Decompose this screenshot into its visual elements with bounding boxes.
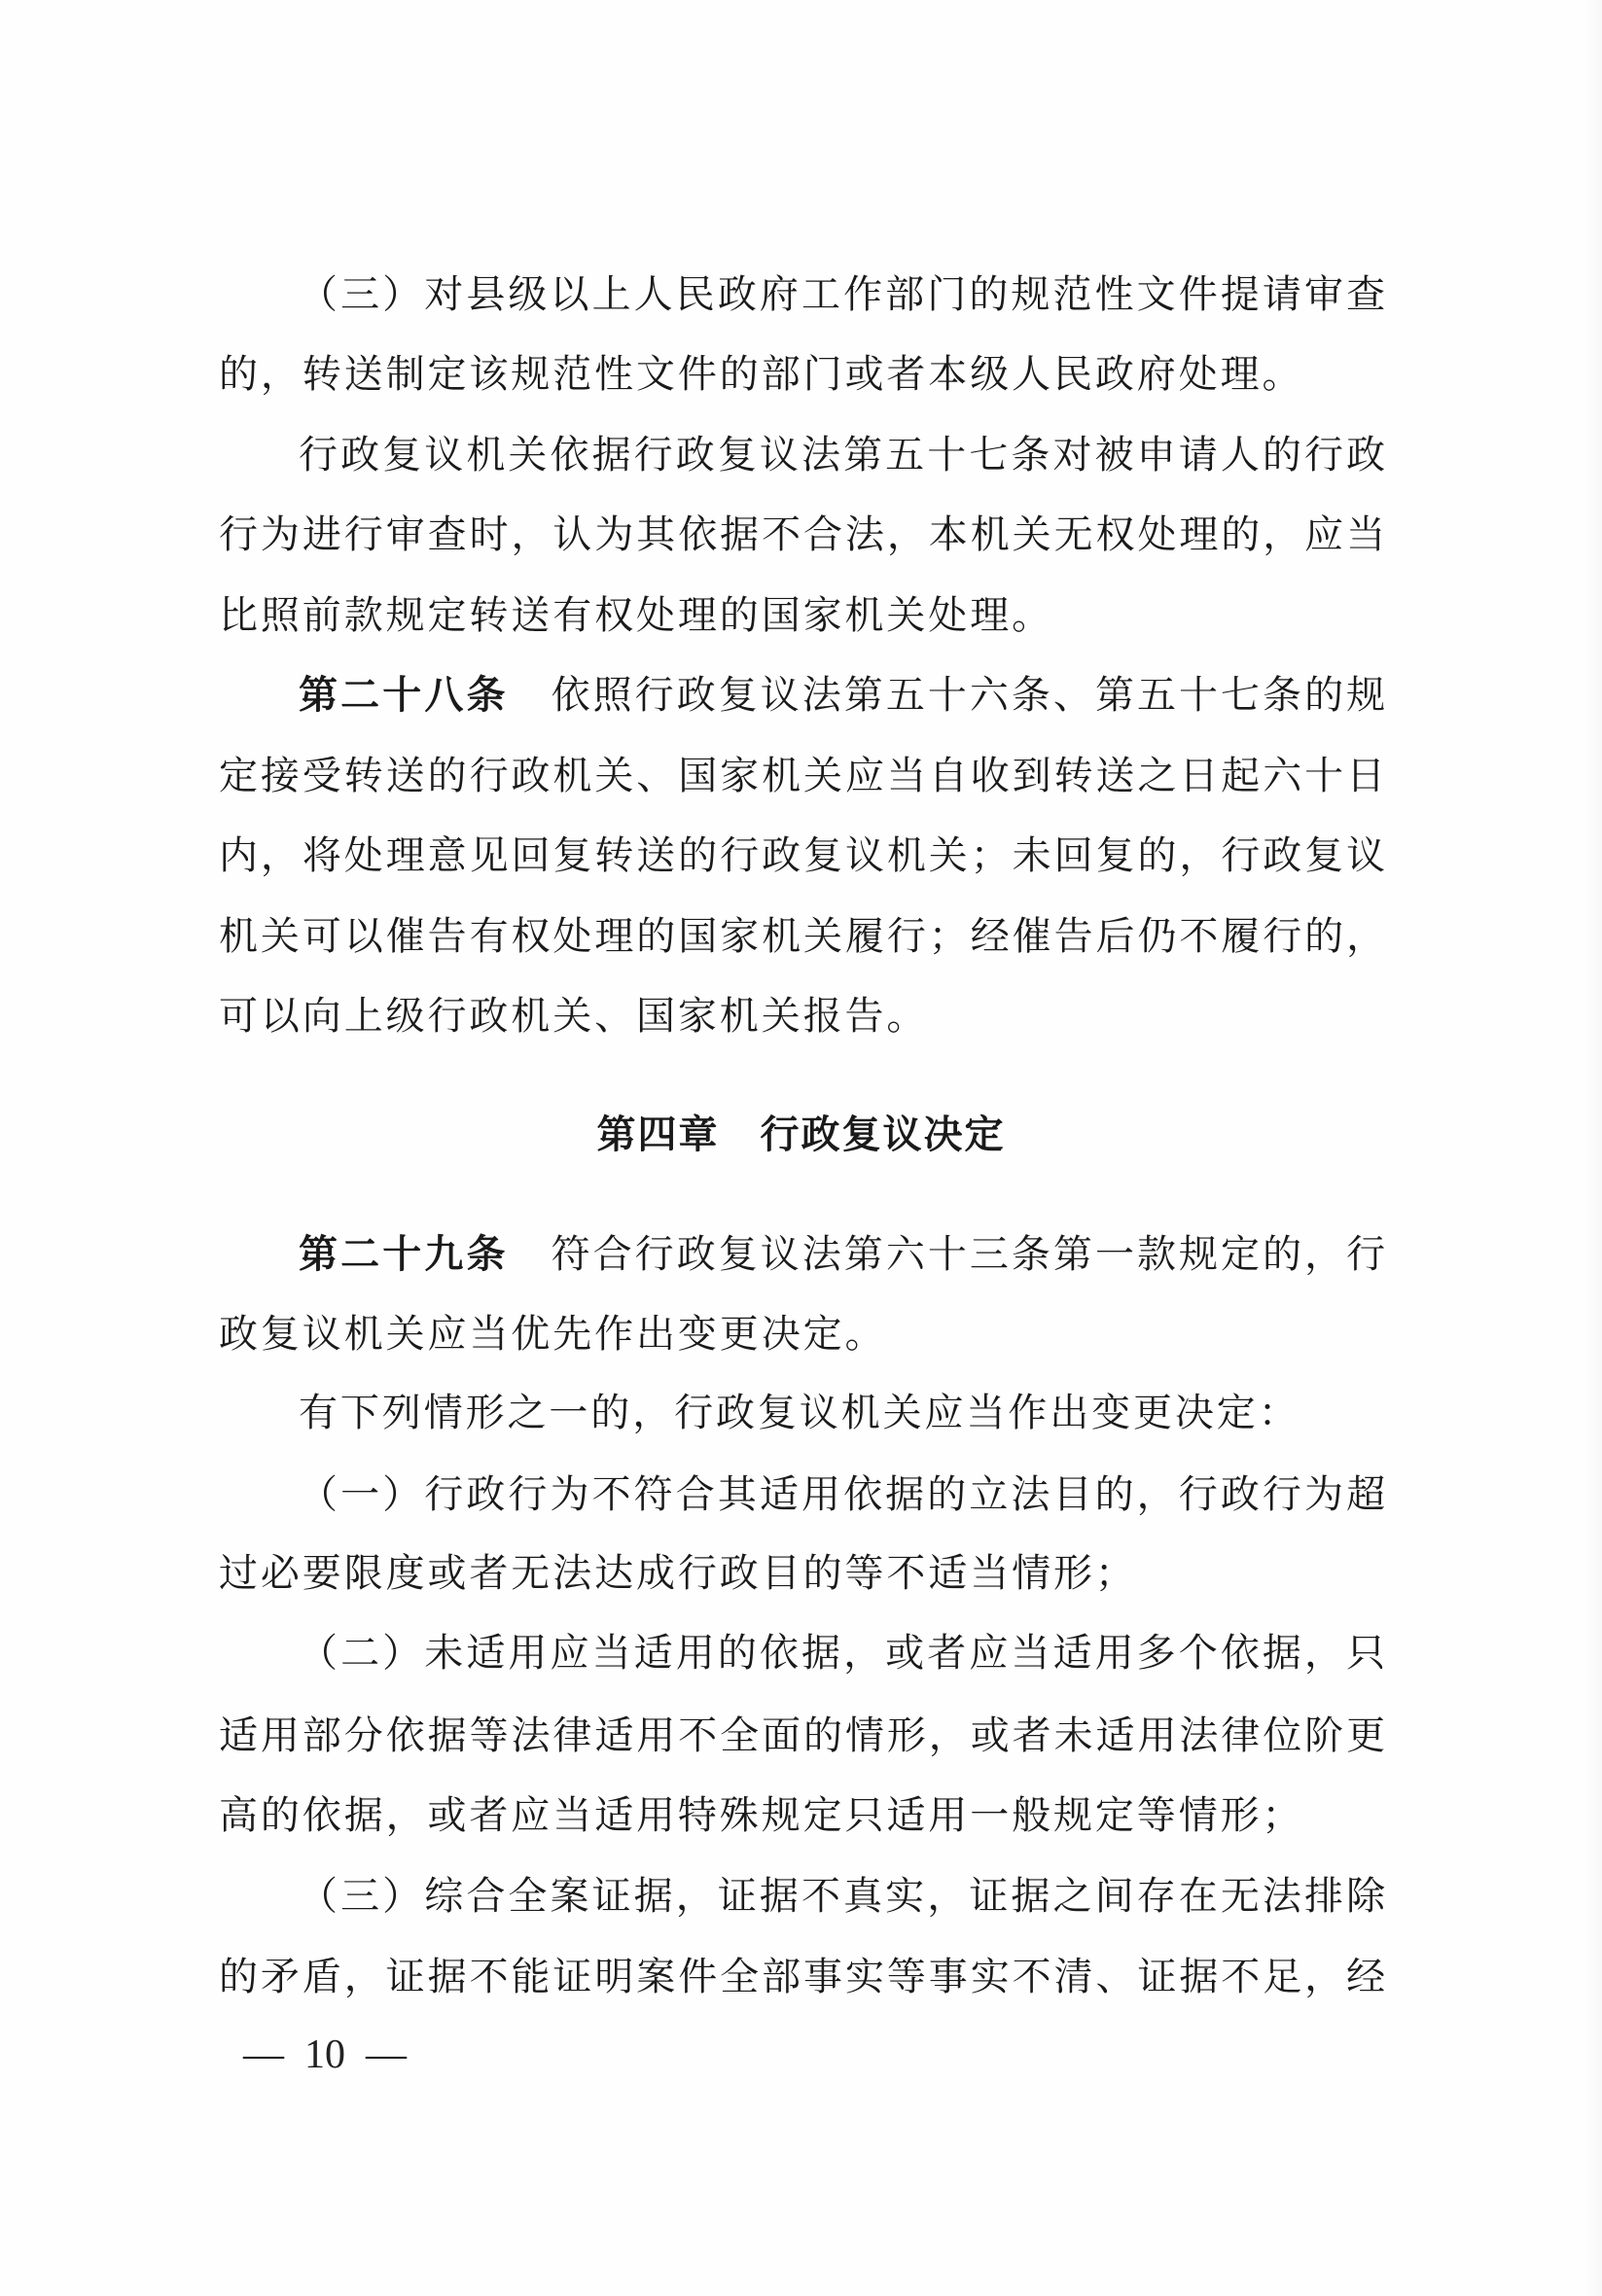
paragraph-line: 的，转送制定该规范性文件的部门或者本级人民政府处理。: [219, 335, 1388, 414]
article-29-first-line: 第二十九条符合行政复议法第六十三条第一款规定的，行: [299, 1215, 1388, 1294]
article-label: 第二十九条: [299, 1232, 509, 1277]
chapter-heading: 第四章 行政复议决定: [0, 1095, 1602, 1175]
paragraph-line: 机关可以催告有权处理的国家机关履行；经催告后仍不履行的，: [219, 897, 1388, 976]
paragraph-line-item-3: （三）对县级以上人民政府工作部门的规范性文件提请审查: [299, 255, 1388, 335]
page-number: — 10 —: [243, 2032, 407, 2077]
article-28-first-line: 第二十八条依照行政复议法第五十六条、第五十七条的规: [299, 655, 1388, 735]
paragraph-line: 比照前款规定转送有权处理的国家机关处理。: [219, 576, 1388, 655]
document-page: （三）对县级以上人民政府工作部门的规范性文件提请审查 的，转送制定该规范性文件的…: [0, 0, 1602, 2296]
list-item-3-line: （三）综合全案证据，证据不真实，证据之间存在无法排除: [299, 1856, 1388, 1936]
paragraph-line: 高的依据，或者应当适用特殊规定只适用一般规定等情形；: [219, 1776, 1388, 1855]
list-item-1-line: （一）行政行为不符合其适用依据的立法目的，行政行为超: [299, 1455, 1388, 1535]
paragraph-line: 过必要限度或者无法达成行政目的等不适当情形；: [219, 1534, 1388, 1613]
paragraph-line: 适用部分依据等法律适用不全面的情形，或者未适用法律位阶更: [219, 1696, 1388, 1776]
paragraph-line: 定接受转送的行政机关、国家机关应当自收到转送之日起六十日: [219, 736, 1388, 816]
paragraph-line: 行为进行审查时，认为其依据不合法，本机关无权处理的，应当: [219, 495, 1388, 575]
paragraph-line: 有下列情形之一的，行政复议机关应当作出变更决定：: [299, 1373, 1388, 1453]
paragraph-line: 的矛盾，证据不能证明案件全部事实等事实不清、证据不足，经: [219, 1937, 1388, 2017]
paragraph-line: 行政复议机关依据行政复议法第五十七条对被申请人的行政: [299, 415, 1388, 495]
list-item-2-line: （二）未适用应当适用的依据，或者应当适用多个依据，只: [299, 1613, 1388, 1693]
paragraph-line: 政复议机关应当优先作出变更决定。: [219, 1294, 1388, 1374]
article-label: 第二十八条: [299, 673, 509, 718]
paragraph-line: 可以向上级行政机关、国家机关报告。: [219, 976, 1388, 1056]
paragraph-line: 内，将处理意见回复转送的行政复议机关；未回复的，行政复议: [219, 816, 1388, 896]
